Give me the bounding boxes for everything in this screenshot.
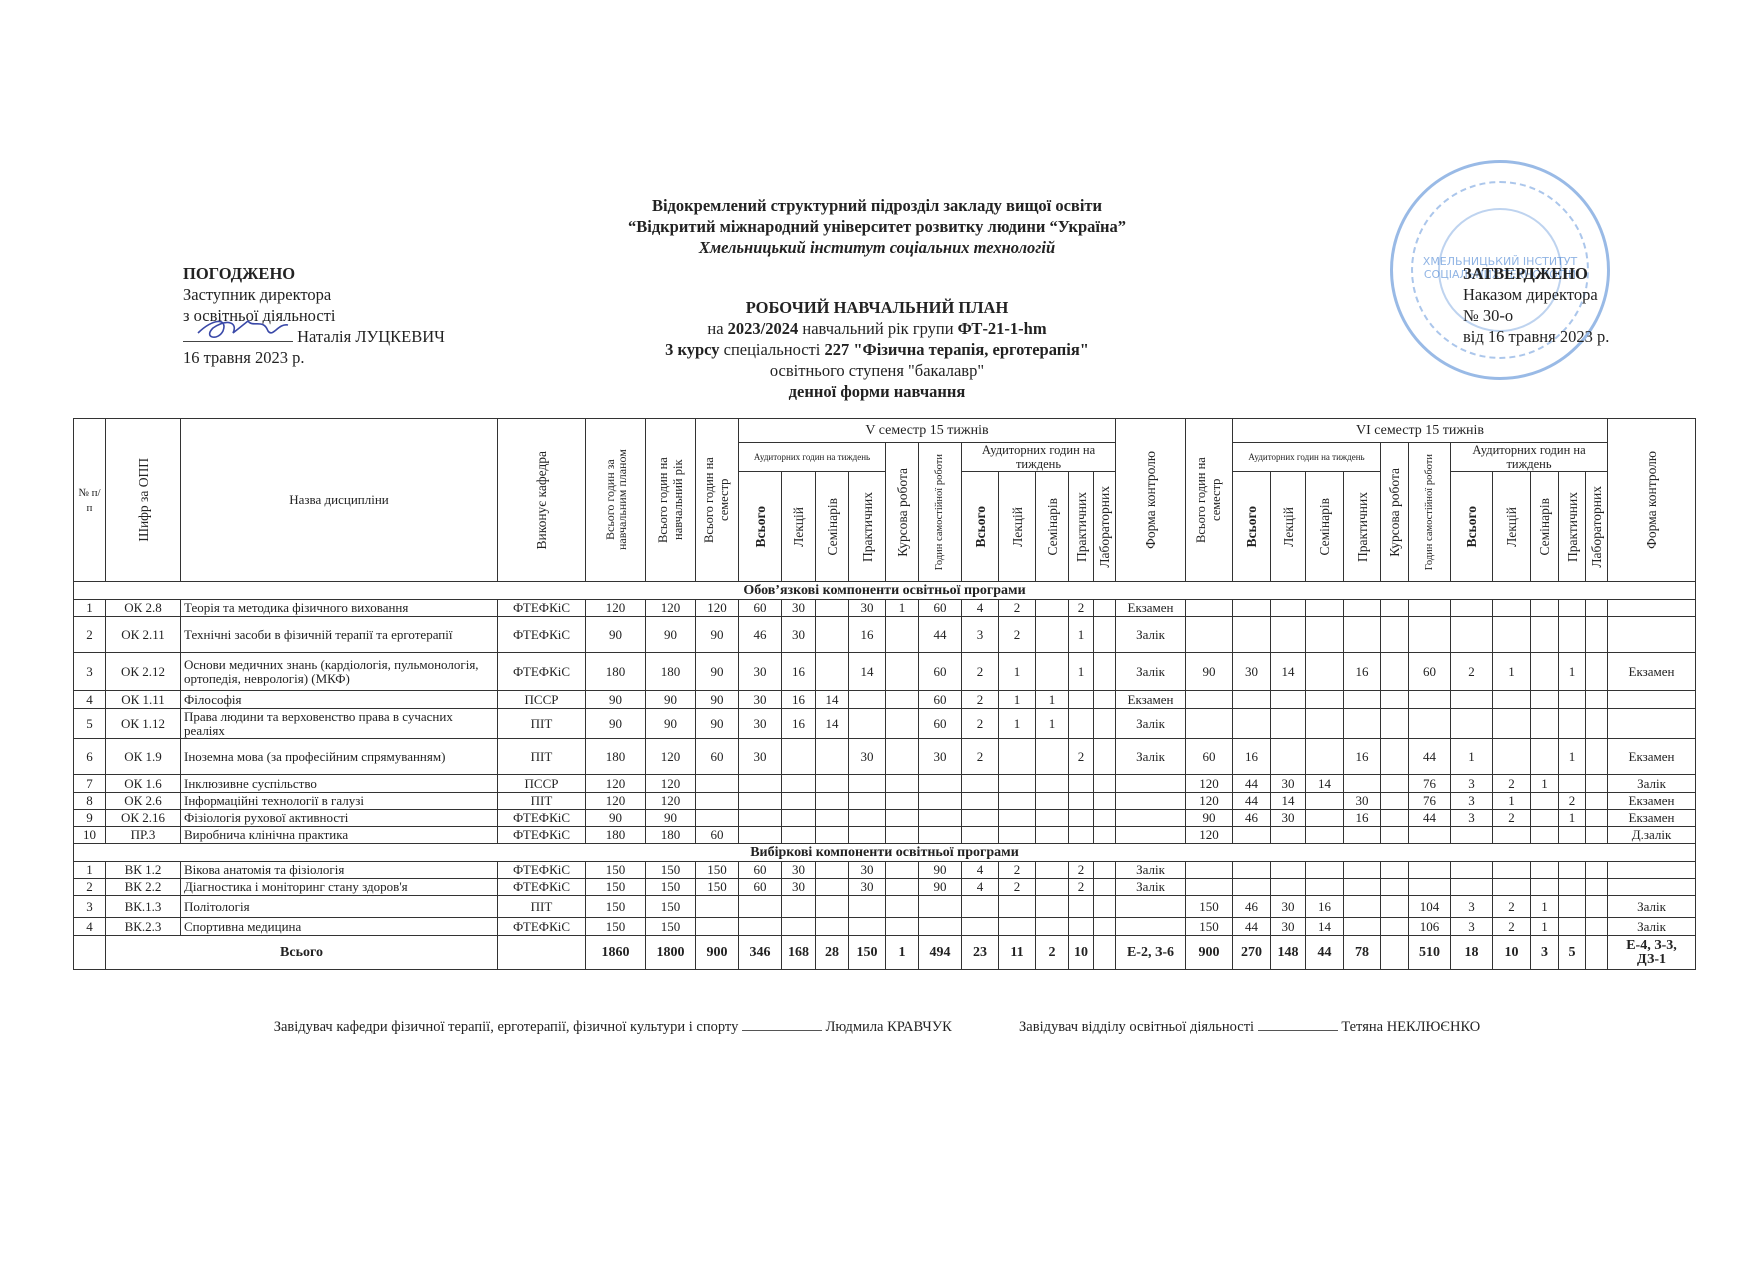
table-cell: 30	[1271, 775, 1306, 793]
table-header: № п/п Шифр за ОПП Назва дисципліни Викон…	[74, 419, 1696, 582]
table-cell: 16	[1233, 739, 1271, 775]
table-cell: 16	[1306, 896, 1344, 918]
table-cell: 3	[962, 617, 999, 653]
table-cell: ФТЕФКіС	[498, 600, 586, 617]
table-cell: Екзамен	[1608, 653, 1696, 691]
h5b-total: Всього	[962, 472, 999, 582]
table-cell	[1409, 827, 1451, 844]
table-cell: Інклюзивне суспільство	[181, 775, 498, 793]
head-dept-signature-icon	[742, 1018, 822, 1031]
table-cell: Технічні засоби в фізичній терапії та ер…	[181, 617, 498, 653]
table-cell: 7	[74, 775, 106, 793]
table-cell	[919, 793, 962, 810]
table-cell	[1094, 775, 1116, 793]
table-cell	[1451, 617, 1493, 653]
table-cell: 1	[1493, 653, 1531, 691]
table-cell	[1559, 918, 1586, 936]
table-cell: 90	[586, 810, 646, 827]
table-cell	[1036, 810, 1069, 827]
table-cell: ОК 2.16	[106, 810, 181, 827]
table-cell	[886, 810, 919, 827]
table-cell: 2	[1493, 810, 1531, 827]
table-cell	[1559, 862, 1586, 879]
study-form: денної	[789, 382, 837, 401]
table-cell	[1344, 896, 1381, 918]
table-cell	[1116, 896, 1186, 918]
table-cell	[1069, 918, 1094, 936]
table-row: 6ОК 1.9Іноземна мова (за професійним спр…	[74, 739, 1696, 775]
table-cell	[1381, 810, 1409, 827]
h6b-lect: Лекцій	[1493, 472, 1531, 582]
table-cell	[1344, 862, 1381, 879]
table-cell	[1306, 600, 1344, 617]
table-cell: 30	[1271, 918, 1306, 936]
table-cell: 30	[849, 600, 886, 617]
table-cell: 1	[1493, 793, 1531, 810]
header-aud5a: Аудиторних годин на тиждень	[739, 443, 886, 472]
table-row: 2ВК 2.2Діагностика і моніторинг стану зд…	[74, 879, 1696, 896]
approved-block: ЗАТВЕРДЖЕНО Наказом директора № 30-о від…	[1463, 263, 1609, 347]
table-cell	[1036, 739, 1069, 775]
table-cell: 90	[696, 653, 739, 691]
table-cell	[849, 793, 886, 810]
table-cell	[1344, 775, 1381, 793]
table-cell	[886, 793, 919, 810]
table-cell	[999, 827, 1036, 844]
table-cell: 44	[919, 617, 962, 653]
table-cell	[1344, 600, 1381, 617]
table-cell: Залік	[1116, 709, 1186, 739]
agreed-block: ПОГОДЖЕНО Заступник директора з освітньо…	[183, 263, 445, 368]
h5-lect: Лекцій	[782, 472, 816, 582]
table-cell: 120	[646, 600, 696, 617]
table-cell	[1036, 879, 1069, 896]
table-cell	[1493, 617, 1531, 653]
table-cell: ПІТ	[498, 739, 586, 775]
table-row: 1ВК 1.2Вікова анатомія та фізіологіяФТЕФ…	[74, 862, 1696, 879]
table-cell: 90	[586, 709, 646, 739]
table-cell: 60	[919, 691, 962, 709]
table-cell	[1608, 879, 1696, 896]
table-cell	[1233, 709, 1271, 739]
table-cell	[999, 810, 1036, 827]
table-cell	[1094, 617, 1116, 653]
table-cell: 30	[739, 739, 782, 775]
table-cell: 16	[1344, 810, 1381, 827]
table-cell: 120	[646, 775, 696, 793]
table-cell: 1	[1036, 709, 1069, 739]
table-cell	[1186, 709, 1233, 739]
table-cell	[1586, 879, 1608, 896]
table-cell: 2	[1493, 918, 1531, 936]
course: 3 курсу	[665, 340, 719, 359]
table-cell	[1531, 793, 1559, 810]
table-cell	[816, 827, 849, 844]
table-cell: 10	[1493, 936, 1531, 970]
table-cell: 44	[1233, 775, 1271, 793]
table-cell	[1493, 600, 1531, 617]
table-cell: 23	[962, 936, 999, 970]
table-cell: 2	[1559, 793, 1586, 810]
table-cell	[816, 600, 849, 617]
table-cell	[816, 617, 849, 653]
table-cell: 2	[999, 600, 1036, 617]
table-cell	[1381, 775, 1409, 793]
table-cell: 18	[1451, 936, 1493, 970]
table-cell	[999, 739, 1036, 775]
table-cell	[1344, 691, 1381, 709]
table-cell	[1233, 691, 1271, 709]
table-cell	[1586, 862, 1608, 879]
table-cell: 44	[1306, 936, 1344, 970]
table-cell	[1559, 617, 1586, 653]
table-cell	[1036, 617, 1069, 653]
table-cell: 3	[74, 653, 106, 691]
table-cell: 120	[586, 775, 646, 793]
table-cell: ВК 2.2	[106, 879, 181, 896]
year-prefix: на	[707, 319, 727, 338]
table-cell	[696, 810, 739, 827]
table-cell	[74, 936, 106, 970]
table-cell: 510	[1409, 936, 1451, 970]
table-cell	[962, 810, 999, 827]
table-cell	[886, 896, 919, 918]
agreed-signature-line: Наталія ЛУЦКЕВИЧ	[183, 326, 445, 347]
table-cell: 30	[782, 600, 816, 617]
table-cell	[849, 691, 886, 709]
table-cell: 180	[586, 653, 646, 691]
table-cell: Теорія та методика фізичного виховання	[181, 600, 498, 617]
table-row: 2ОК 2.11Технічні засоби в фізичній терап…	[74, 617, 1696, 653]
table-cell	[1271, 709, 1306, 739]
table-cell	[739, 793, 782, 810]
table-cell: 494	[919, 936, 962, 970]
table-cell: 180	[586, 739, 646, 775]
table-cell	[999, 775, 1036, 793]
header-hours-year: Всього годин на навчальний рік	[646, 419, 696, 582]
table-cell	[1036, 653, 1069, 691]
table-cell: 60	[739, 862, 782, 879]
table-cell: 900	[1186, 936, 1233, 970]
table-cell: 1	[1559, 810, 1586, 827]
table-cell: 1	[1069, 653, 1094, 691]
table-cell: 76	[1409, 793, 1451, 810]
h6-prac: Практичних	[1344, 472, 1381, 582]
table-cell: ОК 2.12	[106, 653, 181, 691]
table-cell	[1186, 600, 1233, 617]
table-cell: 180	[646, 827, 696, 844]
table-cell: 8	[74, 793, 106, 810]
table-cell	[1271, 739, 1306, 775]
table-cell	[1186, 862, 1233, 879]
table-cell: 30	[739, 653, 782, 691]
table-cell: Діагностика і моніторинг стану здоров'я	[181, 879, 498, 896]
table-cell	[1531, 600, 1559, 617]
table-cell: 1	[1531, 896, 1559, 918]
table-cell: ПР.3	[106, 827, 181, 844]
table-cell	[849, 810, 886, 827]
table-cell: ОК 1.9	[106, 739, 181, 775]
table-cell: 150	[696, 879, 739, 896]
table-cell: 2	[999, 862, 1036, 879]
table-cell	[919, 918, 962, 936]
table-cell	[919, 775, 962, 793]
table-cell	[1069, 775, 1094, 793]
table-cell: ФТЕФКіС	[498, 862, 586, 879]
table-cell	[1271, 879, 1306, 896]
table-cell: ФТЕФКіС	[498, 653, 586, 691]
table-cell: 90	[696, 691, 739, 709]
table-cell	[1036, 775, 1069, 793]
table-cell	[1586, 600, 1608, 617]
table-cell	[1559, 691, 1586, 709]
table-cell	[886, 775, 919, 793]
table-cell: Залік	[1608, 896, 1696, 918]
table-cell: 4	[962, 879, 999, 896]
table-cell	[1233, 862, 1271, 879]
table-cell: 90	[646, 810, 696, 827]
table-cell: Залік	[1116, 653, 1186, 691]
table-cell: 10	[1069, 936, 1094, 970]
table-cell	[962, 793, 999, 810]
table-cell	[1094, 653, 1116, 691]
table-cell	[1409, 709, 1451, 739]
table-cell	[1559, 600, 1586, 617]
table-cell: 4	[962, 600, 999, 617]
table-cell: 5	[74, 709, 106, 739]
table-cell	[1586, 739, 1608, 775]
table-cell	[696, 896, 739, 918]
table-cell: ПССР	[498, 775, 586, 793]
table-cell: 2	[1493, 775, 1531, 793]
table-cell	[886, 617, 919, 653]
h6b-sem: Семінарів	[1531, 472, 1559, 582]
speciality: 227 "Фізична терапія, ерготерапія"	[824, 340, 1088, 359]
header-course6: Курсова робота	[1381, 443, 1409, 582]
header-num: № п/п	[74, 419, 106, 582]
table-cell	[1409, 617, 1451, 653]
table-cell: 60	[696, 827, 739, 844]
approved-order: № 30-о	[1463, 305, 1609, 326]
table-cell: 150	[646, 896, 696, 918]
table-cell	[1233, 600, 1271, 617]
table-cell: 3	[74, 896, 106, 918]
table-cell	[1306, 691, 1344, 709]
table-cell	[1586, 709, 1608, 739]
table-cell	[1381, 617, 1409, 653]
h5b-lab: Лабораторних	[1094, 472, 1116, 582]
table-cell: 90	[1186, 810, 1233, 827]
table-cell	[1608, 691, 1696, 709]
table-cell	[1381, 827, 1409, 844]
table-cell: 2	[962, 739, 999, 775]
table-cell: Філософія	[181, 691, 498, 709]
table-cell	[1608, 709, 1696, 739]
table-cell	[1069, 827, 1094, 844]
table-cell: 30	[739, 709, 782, 739]
table-cell	[1531, 691, 1559, 709]
table-cell: 90	[919, 862, 962, 879]
h6b-total: Всього	[1451, 472, 1493, 582]
table-cell: Залік	[1608, 918, 1696, 936]
table-cell: 1	[886, 936, 919, 970]
table-cell	[849, 918, 886, 936]
table-cell: 30	[919, 739, 962, 775]
table-cell	[1381, 793, 1409, 810]
table-cell	[816, 918, 849, 936]
table-cell	[1586, 653, 1608, 691]
table-cell	[1069, 691, 1094, 709]
table-cell	[919, 827, 962, 844]
table-cell	[1381, 739, 1409, 775]
table-cell: 106	[1409, 918, 1451, 936]
table-cell	[1559, 896, 1586, 918]
table-cell: 1	[1559, 653, 1586, 691]
table-cell: 90	[646, 709, 696, 739]
table-cell: 2	[999, 879, 1036, 896]
table-cell	[999, 896, 1036, 918]
table-cell	[1586, 936, 1608, 970]
table-cell: Залік	[1116, 862, 1186, 879]
table-cell	[1069, 793, 1094, 810]
table-cell: Вікова анатомія та фізіологія	[181, 862, 498, 879]
table-cell	[1409, 691, 1451, 709]
table-cell: 120	[1186, 775, 1233, 793]
table-cell	[1306, 653, 1344, 691]
table-cell	[1381, 879, 1409, 896]
table-cell: 1	[1559, 739, 1586, 775]
header-sem6: VI семестр 15 тижнів	[1233, 419, 1608, 443]
table-cell: Екзамен	[1608, 793, 1696, 810]
table-cell: 120	[1186, 827, 1233, 844]
h5-total: Всього	[739, 472, 782, 582]
table-cell	[1094, 709, 1116, 739]
table-row: 4ОК 1.11ФілософіяПССР90909030161460211Ек…	[74, 691, 1696, 709]
table-cell: 16	[849, 617, 886, 653]
approved-line1: Наказом директора	[1463, 284, 1609, 305]
table-cell: 3	[1451, 896, 1493, 918]
table-cell: 1	[1036, 691, 1069, 709]
table-cell	[1233, 617, 1271, 653]
table-cell	[1586, 896, 1608, 918]
table-cell	[1451, 709, 1493, 739]
table-cell: 30	[1233, 653, 1271, 691]
table-cell: 150	[646, 862, 696, 879]
table-cell: 14	[1306, 775, 1344, 793]
table-cell: 4	[74, 918, 106, 936]
table-cell	[1306, 827, 1344, 844]
table-cell: 14	[1271, 653, 1306, 691]
table-cell: 2	[1069, 879, 1094, 896]
table-cell	[1344, 617, 1381, 653]
table-cell: 60	[919, 709, 962, 739]
table-cell	[962, 775, 999, 793]
h5b-lect: Лекцій	[999, 472, 1036, 582]
table-cell	[1409, 862, 1451, 879]
table-cell	[849, 827, 886, 844]
table-cell: 180	[586, 827, 646, 844]
header-dept: Виконує кафедра	[498, 419, 586, 582]
table-cell: 14	[1306, 918, 1344, 936]
table-cell	[1271, 617, 1306, 653]
table-cell: ВК.1.3	[106, 896, 181, 918]
table-row: 4ВК.2.3Спортивна медицинаФТЕФКіС15015015…	[74, 918, 1696, 936]
table-cell: Е-2, З-6	[1116, 936, 1186, 970]
table-cell	[1271, 600, 1306, 617]
table-cell	[1559, 775, 1586, 793]
table-cell: ПІТ	[498, 709, 586, 739]
table-cell	[1036, 862, 1069, 879]
table-cell	[1186, 879, 1233, 896]
table-cell	[1493, 879, 1531, 896]
table-cell	[816, 896, 849, 918]
table-cell: 30	[782, 617, 816, 653]
section-mandatory: Обов’язкові компоненти освітньої програм…	[74, 582, 1696, 600]
head-dept-label: Завідувач кафедри фізичної терапії, ерго…	[274, 1019, 739, 1035]
table-cell: 1	[999, 709, 1036, 739]
table-cell: 1	[886, 600, 919, 617]
table-cell	[849, 896, 886, 918]
table-cell	[782, 739, 816, 775]
table-cell: 90	[919, 879, 962, 896]
table-cell: ОК 2.11	[106, 617, 181, 653]
agreed-date: 16 травня 2023 р.	[183, 347, 445, 368]
table-cell	[816, 793, 849, 810]
total-label: Всього	[106, 936, 498, 970]
table-cell: 3	[1451, 793, 1493, 810]
table-cell	[1116, 827, 1186, 844]
table-cell	[1233, 827, 1271, 844]
table-cell	[1493, 691, 1531, 709]
h6-sem: Семінарів	[1306, 472, 1344, 582]
table-cell	[1586, 918, 1608, 936]
table-cell	[1586, 617, 1608, 653]
table-cell: 60	[696, 739, 739, 775]
group-code: ФТ-21-1-hm	[958, 319, 1047, 338]
table-cell	[739, 775, 782, 793]
table-cell: Основи медичних знань (кардіологія, пуль…	[181, 653, 498, 691]
table-cell: 1	[999, 653, 1036, 691]
header-course5: Курсова робота	[886, 443, 919, 582]
table-cell: 1	[999, 691, 1036, 709]
table-cell: 5	[1559, 936, 1586, 970]
table-cell: Інформаційні технології в галузі	[181, 793, 498, 810]
table-cell: 90	[1186, 653, 1233, 691]
table-cell: 16	[782, 653, 816, 691]
table-row: 10ПР.3Виробнича клінічна практикаФТЕФКіС…	[74, 827, 1696, 844]
table-cell	[1531, 739, 1559, 775]
table-cell: 3	[1451, 775, 1493, 793]
table-cell	[1451, 691, 1493, 709]
table-cell	[1531, 827, 1559, 844]
table-cell: 180	[646, 653, 696, 691]
table-cell	[1306, 617, 1344, 653]
table-cell: 2	[962, 653, 999, 691]
approved-date: від 16 травня 2023 р.	[1463, 326, 1609, 347]
table-cell	[1306, 810, 1344, 827]
h6b-lab: Лабораторних	[1586, 472, 1608, 582]
table-cell: 150	[586, 879, 646, 896]
study-form-rest: форми навчання	[836, 382, 965, 401]
table-cell	[816, 775, 849, 793]
table-cell: 150	[646, 879, 696, 896]
table-cell	[1451, 827, 1493, 844]
table-cell: 16	[782, 691, 816, 709]
table-cell	[1094, 691, 1116, 709]
table-cell	[1116, 775, 1186, 793]
table-cell: 28	[816, 936, 849, 970]
table-cell: 16	[1344, 653, 1381, 691]
